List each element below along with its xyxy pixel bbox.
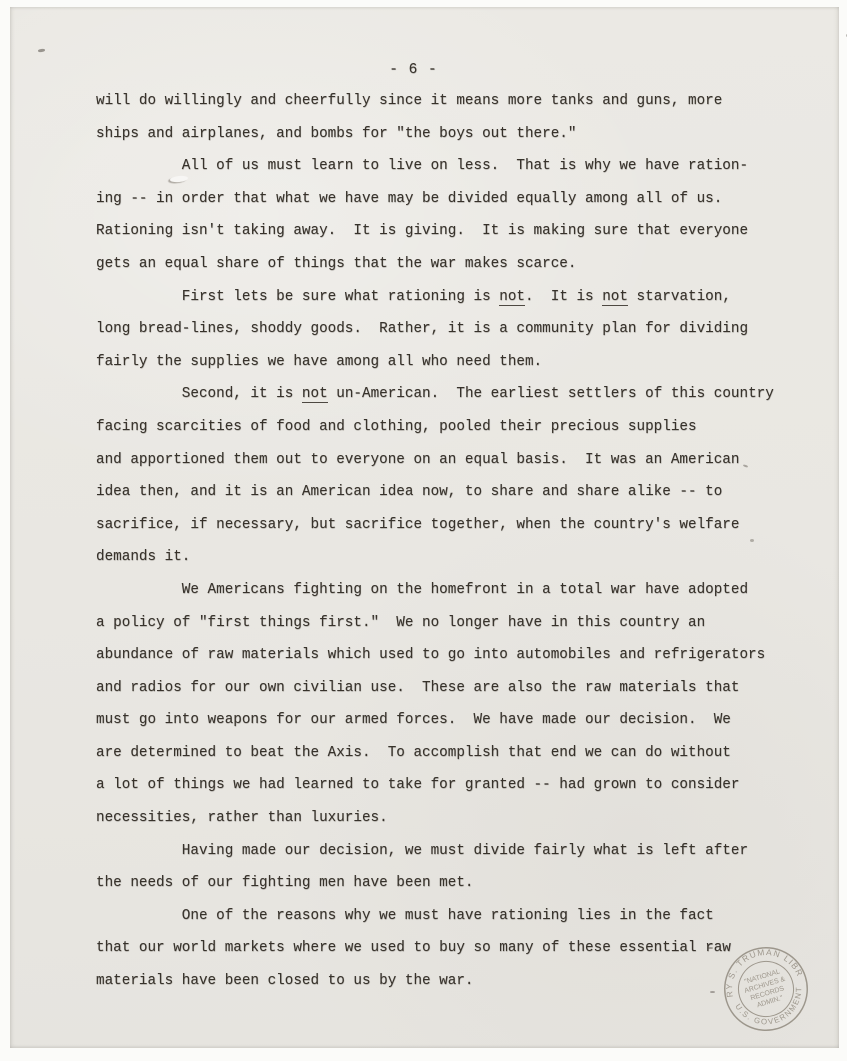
text-line: must go into weapons for our armed force…: [96, 704, 786, 737]
text-line: Having made our decision, we must divide…: [96, 835, 786, 868]
truman-library-stamp: HARRY S. TRUMAN LIBRARY U.S. GOVERNMENT …: [711, 934, 821, 1044]
text-line: facing scarcities of food and clothing, …: [96, 411, 786, 444]
text-line: idea then, and it is an American idea no…: [96, 476, 786, 509]
document-body: will do willingly and cheerfully since i…: [96, 85, 786, 998]
text-line: a policy of "first things first." We no …: [96, 607, 786, 640]
ink-speck: [38, 49, 45, 53]
typewritten-content: - 6 - will do willingly and cheerfully s…: [96, 62, 786, 998]
text-line: gets an equal share of things that the w…: [96, 248, 786, 281]
text-line: fairly the supplies we have among all wh…: [96, 346, 786, 379]
text-line: and apportioned them out to everyone on …: [96, 444, 786, 477]
text-line: a lot of things we had learned to take f…: [96, 769, 786, 802]
text-line: will do willingly and cheerfully since i…: [96, 85, 786, 118]
text-line: ing -- in order that what we have may be…: [96, 183, 786, 216]
page-number: - 6 -: [96, 62, 731, 78]
text-line: materials have been closed to us by the …: [96, 965, 786, 998]
text-line: abundance of raw materials which used to…: [96, 639, 786, 672]
text-line: the needs of our fighting men have been …: [96, 867, 786, 900]
underlined-word: not: [302, 386, 328, 403]
text-line: ships and airplanes, and bombs for "the …: [96, 118, 786, 151]
text-line: Second, it is not un-American. The earli…: [96, 378, 786, 411]
text-line: sacrifice, if necessary, but sacrifice t…: [96, 509, 786, 542]
underlined-word: not: [499, 289, 525, 306]
text-line: demands it.: [96, 541, 786, 574]
text-line: All of us must learn to live on less. Th…: [96, 150, 786, 183]
text-line: necessities, rather than luxuries.: [96, 802, 786, 835]
text-line: One of the reasons why we must have rati…: [96, 900, 786, 933]
scanned-document-page: { "page": { "number_label": "- 6 -" }, "…: [0, 0, 847, 1061]
text-line: First lets be sure what rationing is not…: [96, 281, 786, 314]
text-line: We Americans fighting on the homefront i…: [96, 574, 786, 607]
text-line: Rationing isn't taking away. It is givin…: [96, 215, 786, 248]
text-line: that our world markets where we used to …: [96, 932, 786, 965]
text-line: long bread-lines, shoddy goods. Rather, …: [96, 313, 786, 346]
underlined-word: not: [602, 289, 628, 306]
text-line: are determined to beat the Axis. To acco…: [96, 737, 786, 770]
text-line: and radios for our own civilian use. The…: [96, 672, 786, 705]
